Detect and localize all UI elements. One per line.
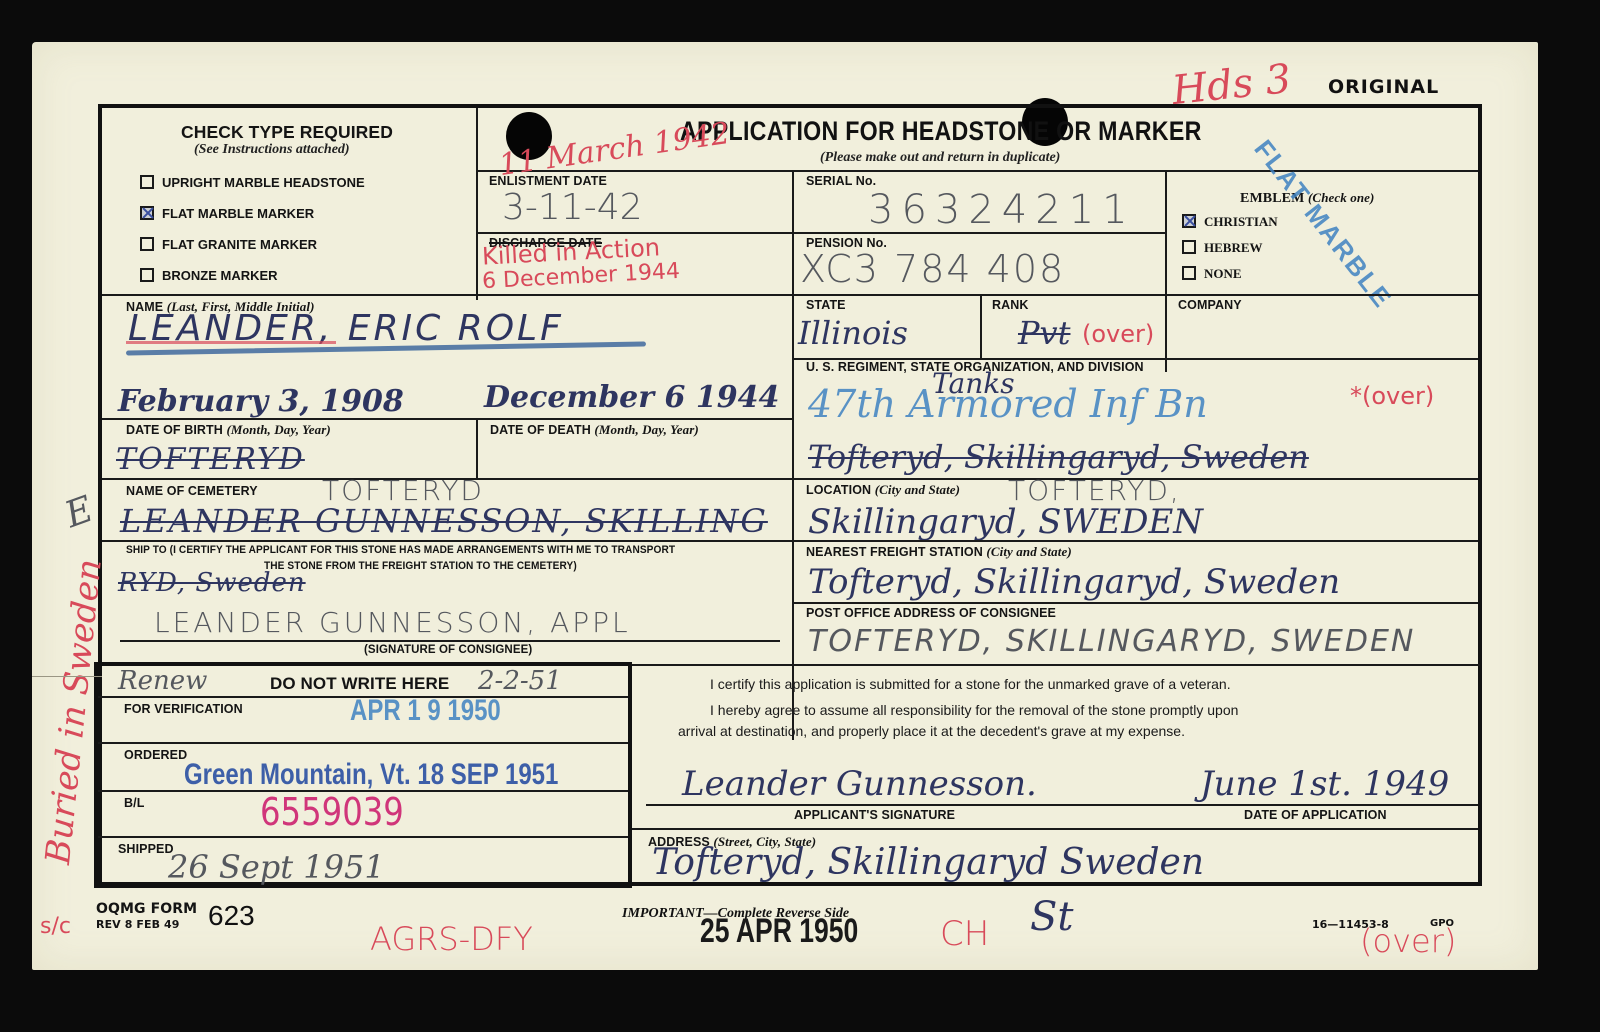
checkbox[interactable]	[140, 268, 154, 282]
check-type-note: (See Instructions attached)	[194, 142, 350, 158]
divider	[1165, 172, 1167, 372]
check-option-bronze[interactable]: BRONZE MARKER	[140, 268, 278, 283]
regiment-value[interactable]: 47th Armored Inf Bn	[808, 382, 1208, 426]
office-use-heading: DO NOT WRITE HERE	[270, 674, 449, 694]
divider	[476, 232, 792, 234]
ordered-label: ORDERED	[124, 748, 187, 762]
location-value-line2[interactable]: Skillingaryd, SWEDEN	[808, 502, 1203, 542]
checkbox[interactable]	[1182, 240, 1196, 254]
rank-annotation: (over)	[1082, 320, 1154, 348]
check-option-flat-marble[interactable]: FLAT MARBLE MARKER	[140, 206, 314, 221]
company-label: COMPANY	[1178, 298, 1242, 312]
divider	[794, 232, 1165, 234]
ordered-stamp: Green Mountain, Vt. 18 SEP 1951	[184, 758, 558, 792]
annotation-sc: s/c	[40, 914, 71, 939]
pension-value[interactable]: XC3 784 408	[800, 247, 1065, 291]
divider	[102, 540, 792, 542]
dob-label: DATE OF BIRTH (Month, Day, Year)	[126, 422, 331, 438]
annotation-over: (over)	[1360, 922, 1456, 960]
checkbox-checked[interactable]	[1182, 214, 1196, 228]
verification-label: FOR VERIFICATION	[124, 702, 243, 716]
ship-to-struck-line2: RYD, Sweden	[118, 568, 306, 598]
verification-stamp: APR 1 9 1950	[350, 694, 501, 728]
divider	[632, 828, 1478, 830]
freight-label-note: (City and State)	[986, 544, 1071, 559]
bl-label: B/L	[124, 796, 144, 810]
divider	[794, 602, 1478, 604]
divider	[102, 294, 792, 296]
applicant-signature-label: APPLICANT'S SIGNATURE	[794, 808, 955, 822]
divider	[476, 170, 1478, 172]
divider	[794, 540, 1478, 542]
divider	[792, 172, 794, 740]
dod-label-text: DATE OF DEATH	[490, 423, 591, 437]
ship-to-label: SHIP TO (I CERTIFY THE APPLICANT FOR THI…	[126, 544, 675, 556]
regiment-annotation: *(over)	[1350, 382, 1434, 410]
divider	[98, 836, 628, 838]
checkbox[interactable]	[140, 237, 154, 251]
address-value[interactable]: Tofteryd, Skillingaryd Sweden	[652, 842, 1204, 883]
form-revision: REV 8 FEB 49	[96, 918, 180, 931]
option-label: CHRISTIAN	[1204, 214, 1278, 229]
option-label: UPRIGHT MARBLE HEADSTONE	[162, 175, 365, 190]
divider	[120, 640, 780, 642]
emblem-option-none[interactable]: NONE	[1182, 266, 1242, 282]
annotation-agrs: AGRS-DFY	[370, 920, 533, 958]
emblem-option-hebrew[interactable]: HEBREW	[1182, 240, 1263, 256]
ship-to-struck-line1: LEANDER GUNNESSON, SKILLING	[120, 502, 768, 540]
shipped-label: SHIPPED	[118, 842, 174, 856]
annotation-initials: St	[1030, 894, 1073, 940]
divider	[980, 296, 982, 358]
consignee-signature[interactable]: LEANDER GUNNESSON, APPL	[154, 606, 631, 639]
location-label-note: (City and State)	[875, 482, 960, 497]
dob-label-note: (Month, Day, Year)	[226, 422, 330, 437]
form-number-prefix: OQMG FORM	[96, 902, 197, 916]
post-office-value[interactable]: TOFTERYD, SKILLINGARYD, SWEDEN	[808, 624, 1415, 659]
applicant-signature[interactable]: Leander Gunnesson.	[682, 764, 1037, 804]
fold-line	[32, 676, 102, 677]
dod-label-note: (Month, Day, Year)	[594, 422, 698, 437]
divider	[476, 108, 478, 300]
divider	[1167, 294, 1478, 296]
form-subtitle: (Please make out and return in duplicate…	[820, 150, 1060, 166]
checkbox[interactable]	[140, 175, 154, 189]
freight-label-text: NEAREST FREIGHT STATION	[806, 545, 983, 559]
post-office-label: POST OFFICE ADDRESS OF CONSIGNEE	[806, 606, 1056, 620]
office-post-note: 2-2-51	[478, 666, 562, 696]
option-label: HEBREW	[1204, 240, 1263, 255]
certify-line2: I hereby agree to assume all responsibil…	[710, 702, 1238, 718]
divider	[646, 804, 1478, 806]
form-title: APPLICATION FOR HEADSTONE OR MARKER	[680, 116, 1202, 147]
divider	[476, 420, 478, 478]
application-date-label: DATE OF APPLICATION	[1244, 808, 1387, 822]
certify-line3: arrival at destination, and properly pla…	[678, 723, 1185, 739]
form-number: 623	[208, 900, 255, 932]
application-date[interactable]: June 1st. 1949	[1200, 764, 1449, 804]
serial-label: SERIAL No.	[806, 174, 876, 188]
company-value[interactable]	[1178, 314, 1468, 354]
location-label-text: LOCATION	[806, 483, 871, 497]
enlistment-date-value[interactable]: 3-11-42	[502, 187, 643, 228]
checkbox-checked[interactable]	[140, 206, 154, 220]
rank-value[interactable]: Pvt	[1018, 314, 1070, 352]
check-type-heading: CHECK TYPE REQUIRED	[181, 122, 393, 143]
shipped-value[interactable]: 26 Sept 1951	[168, 848, 385, 886]
divider	[102, 418, 792, 420]
divider	[98, 742, 628, 744]
freight-value[interactable]: Tofteryd, Skillingaryd, Sweden	[808, 562, 1340, 602]
underline-mark-red	[126, 341, 336, 344]
option-label: FLAT GRANITE MARKER	[162, 237, 317, 252]
annotation-ch: CH	[940, 914, 989, 954]
emblem-option-christian[interactable]: CHRISTIAN	[1182, 214, 1278, 230]
enlistment-date-label: ENLISTMENT DATE	[489, 174, 607, 188]
check-option-flat-granite[interactable]: FLAT GRANITE MARKER	[140, 237, 317, 252]
option-label: NONE	[1204, 266, 1242, 281]
option-label: BRONZE MARKER	[162, 268, 278, 283]
cemetery-struck-value: TOFTERYD	[116, 442, 305, 477]
copy-label: ORIGINAL	[1328, 76, 1439, 98]
cemetery-label: NAME OF CEMETERY	[126, 484, 258, 498]
rank-label: RANK	[992, 298, 1029, 312]
state-value[interactable]: Illinois	[798, 314, 908, 352]
dob-label-text: DATE OF BIRTH	[126, 423, 223, 437]
form-paper: ORIGINAL Hds 3 CHECK TYPE REQUIRED (See …	[32, 42, 1538, 970]
date-of-death-value[interactable]: December 6 1944	[484, 380, 779, 415]
bl-stamp: 6559039	[260, 790, 404, 834]
location-label: LOCATION (City and State)	[806, 482, 960, 498]
consignee-signature-label: (SIGNATURE OF CONSIGNEE)	[364, 644, 532, 656]
freight-label: NEAREST FREIGHT STATION (City and State)	[806, 544, 1072, 560]
received-stamp: 25 APR 1950	[700, 912, 858, 951]
location-struck-value: Tofteryd, Skillingaryd, Sweden	[808, 438, 1309, 476]
ship-to-label-line2: THE STONE FROM THE FREIGHT STATION TO TH…	[264, 560, 577, 572]
check-option-upright-marble[interactable]: UPRIGHT MARBLE HEADSTONE	[140, 175, 365, 190]
checkbox[interactable]	[1182, 266, 1196, 280]
dod-label: DATE OF DEATH (Month, Day, Year)	[490, 422, 699, 438]
margin-pencil-note: E	[60, 489, 99, 537]
serial-value[interactable]: 36324211	[868, 187, 1136, 233]
office-pre-note: Renew	[118, 666, 207, 696]
date-of-birth-value[interactable]: February 3, 1908	[118, 384, 404, 419]
certify-line1: I certify this application is submitted …	[710, 676, 1231, 692]
state-label: STATE	[806, 298, 846, 312]
option-label: FLAT MARBLE MARKER	[162, 206, 314, 221]
divider	[632, 664, 1480, 666]
